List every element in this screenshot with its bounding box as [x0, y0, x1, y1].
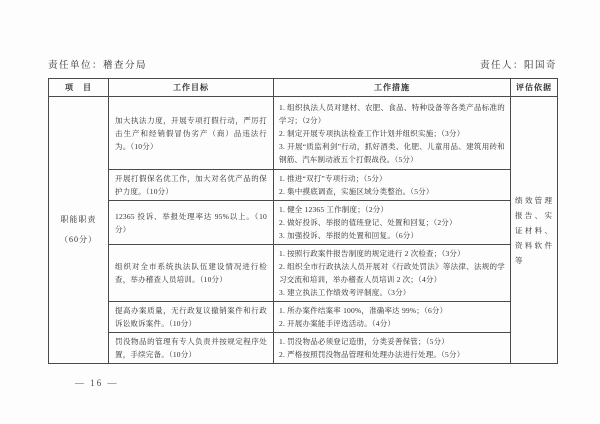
measures-cell: 1. 按照行政案件报告制度的规定进行 2 次检查；（3分） 2. 组织全市行政执…: [274, 245, 511, 302]
measure-item: 1. 健全 12365 工作制度；（2分）: [279, 203, 505, 216]
evaluation-basis-cell: 绩效管理报告、实证材料、资料软件等: [511, 97, 558, 364]
measure-item: 1. 组织执法人员对建材、农肥、食品、特种设备等各类产品标准的学习；（2分）: [279, 101, 505, 127]
goal-cell: 加大执法力度，开展专项打假行动，严厉打击生产和经销假冒伪劣产（商）品违法行为。（…: [109, 97, 274, 170]
responsible-person-label: 责任人：阳国奇: [480, 57, 557, 71]
measure-item: 2. 严格按照罚没物品管理和处理办法进行处理。（5分）: [279, 348, 505, 361]
table-row: 12365 投诉、举报处理率达 95%以上。（10分） 1. 健全 12365 …: [49, 201, 558, 245]
measure-item: 2. 做好投诉、举报的值班登记、处置和回复；（2分）: [279, 216, 505, 229]
measure-item: 1. 罚没物品必须登记造册，分类妥善保管；（5分）: [279, 335, 505, 348]
goal-cell: 提高办案质量，无行政复议撤销案件和行政诉讼败诉案件。（10分）: [109, 302, 274, 333]
header-measures: 工作措施: [274, 79, 511, 97]
measures-cell: 1. 组织执法人员对建材、农肥、食品、特种设备等各类产品标准的学习；（2分） 2…: [274, 97, 511, 170]
table-row: 开展打假保名优工作，加大对名优产品的保护力度。（10分） 1. 推进“双打”专项…: [49, 170, 558, 201]
header-item: 项 目: [49, 79, 109, 97]
category-cell: 职能职责 （60分）: [49, 97, 109, 364]
document-page: 责任单位：稽查分局 责任人：阳国奇 项 目 工作目标 工作措施 评估依据 职能职…: [0, 0, 600, 424]
table-header-row: 项 目 工作目标 工作措施 评估依据: [49, 79, 558, 97]
responsible-unit-label: 责任单位：稽查分局: [48, 57, 147, 71]
table-row: 组织对全市系统执法队伍建设情况进行检查，举办稽查人员培训。（10分） 1. 按照…: [49, 245, 558, 302]
measure-item: 1. 推进“双打”专项行动；（5分）: [279, 172, 505, 185]
evaluation-table: 项 目 工作目标 工作措施 评估依据 职能职责 （60分） 加大执法力度，开展专…: [48, 78, 558, 364]
category-score: （60分）: [49, 230, 108, 250]
measure-item: 3. 开展“质监利剑”行动，抓好酒类、化肥、儿童用品、建筑用砖和钢筋、汽车制动液…: [279, 140, 505, 166]
measure-item: 2. 集中摸底调查，实施区域分类整治。（5分）: [279, 185, 505, 198]
measure-item: 1. 按照行政案件报告制度的规定进行 2 次检查；（3分）: [279, 247, 505, 260]
measure-item: 1. 所办案件结案率 100%，准确率达 99%；（6分）: [279, 304, 505, 317]
header-goal: 工作目标: [109, 79, 274, 97]
goal-cell: 12365 投诉、举报处理率达 95%以上。（10分）: [109, 201, 274, 245]
page-number: — 16 —: [75, 378, 119, 388]
measure-item: 3. 建立执法工作绩效考评制度。（3分）: [279, 286, 505, 299]
goal-cell: 罚没物品的管理有专人负责并按规定程序处置，手续完备。（10分）: [109, 333, 274, 364]
measures-cell: 1. 推进“双打”专项行动；（5分） 2. 集中摸底调查，实施区域分类整治。（5…: [274, 170, 511, 201]
header-evaluation: 评估依据: [511, 79, 558, 97]
measure-item: 3. 加强投诉、举报的处置和回复。（6分）: [279, 229, 505, 242]
measures-cell: 1. 健全 12365 工作制度；（2分） 2. 做好投诉、举报的值班登记、处置…: [274, 201, 511, 245]
table-row: 职能职责 （60分） 加大执法力度，开展专项打假行动，严厉打击生产和经销假冒伪劣…: [49, 97, 558, 170]
goal-cell: 开展打假保名优工作，加大对名优产品的保护力度。（10分）: [109, 170, 274, 201]
table-row: 提高办案质量，无行政复议撤销案件和行政诉讼败诉案件。（10分） 1. 所办案件结…: [49, 302, 558, 333]
measures-cell: 1. 所办案件结案率 100%，准确率达 99%；（6分） 2. 开展办案能手评…: [274, 302, 511, 333]
measure-item: 2. 制定开展专项执法检查工作计划并组织实施；（3分）: [279, 127, 505, 140]
goal-cell: 组织对全市系统执法队伍建设情况进行检查，举办稽查人员培训。（10分）: [109, 245, 274, 302]
measure-item: 2. 组织全市行政执法人员开展对《行政处罚法》等法律、法规的学习交流和培训，举办…: [279, 260, 505, 286]
table-row: 罚没物品的管理有专人负责并按规定程序处置，手续完备。（10分） 1. 罚没物品必…: [49, 333, 558, 364]
category-name: 职能职责: [49, 210, 108, 230]
measure-item: 2. 开展办案能手评选活动。（4分）: [279, 317, 505, 330]
measures-cell: 1. 罚没物品必须登记造册，分类妥善保管；（5分） 2. 严格按照罚没物品管理和…: [274, 333, 511, 364]
